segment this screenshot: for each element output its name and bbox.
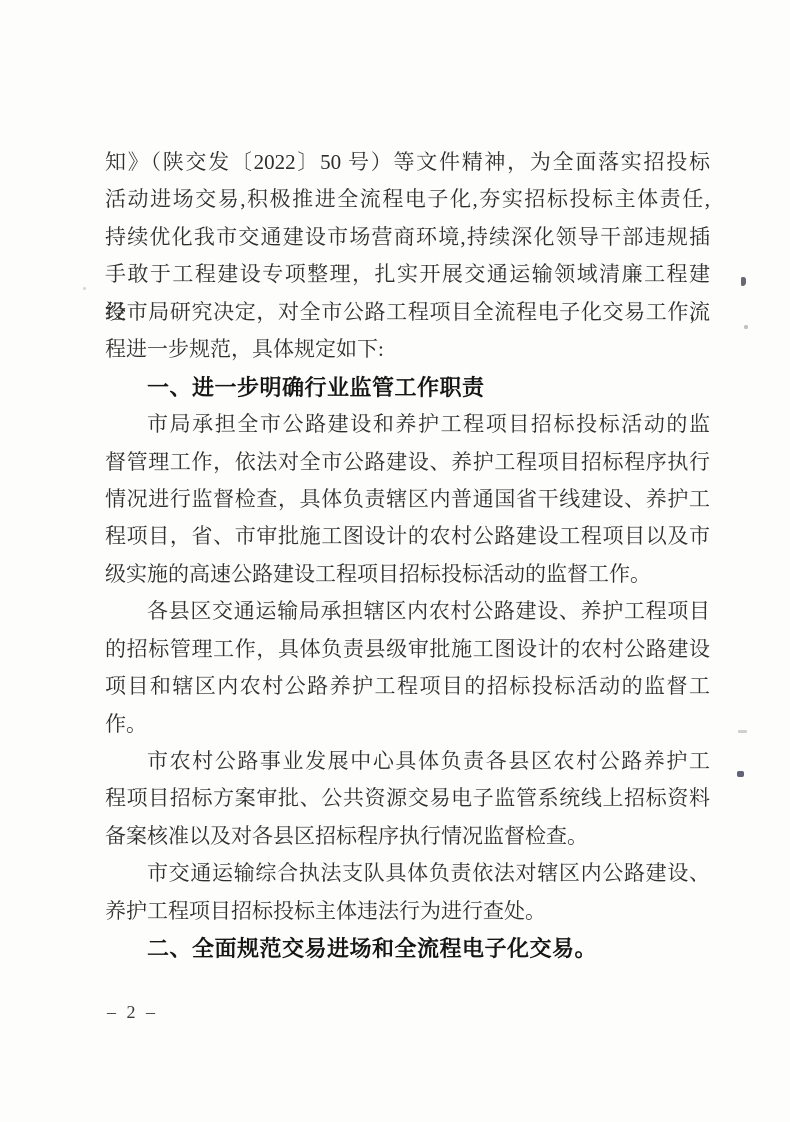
page-number: – 2 – — [107, 1002, 158, 1023]
section-heading: 一、进一步明确行业监管工作职责 — [105, 369, 710, 406]
text-line: 各县区交通运输局承担辖区内农村公路建设、养护工程项目 — [105, 593, 710, 630]
text-line: 活动进场交易,积极推进全流程电子化,夯实招标投标主体责任, — [105, 181, 710, 218]
paragraph: 各县区交通运输局承担辖区内农村公路建设、养护工程项目的招标管理工作，具体负责县级… — [105, 593, 710, 743]
text-line: 项目和辖区内农村公路养护工程项目的招标投标活动的监督工 — [105, 668, 710, 705]
text-line: 持续优化我市交通建设市场营商环境,持续深化领导干部违规插 — [105, 219, 710, 256]
text-line: 养护工程项目招标投标主体违法行为进行查处。 — [105, 893, 710, 930]
text-line: 督管理工作，依法对全市公路建设、养护工程项目招标程序执行 — [105, 444, 710, 481]
paragraph: 知》（陕交发〔2022〕50 号）等文件精神，为全面落实招投标活动进场交易,积极… — [105, 144, 710, 369]
paragraph: 市局承担全市公路建设和养护工程项目招标投标活动的监督管理工作，依法对全市公路建设… — [105, 406, 710, 593]
text-line: 知》（陕交发〔2022〕50 号）等文件精神，为全面落实招投标 — [105, 144, 710, 181]
text-line: 级实施的高速公路建设工程项目招标投标活动的监督工作。 — [105, 556, 710, 593]
text-line: 市局承担全市公路建设和养护工程项目招标投标活动的监 — [105, 406, 710, 443]
scan-speck — [737, 771, 744, 777]
section-heading: 二、全面规范交易进场和全流程电子化交易。 — [105, 930, 710, 967]
text-line: 作。 — [105, 706, 710, 743]
text-line: 程进一步规范，具体规定如下: — [105, 331, 710, 368]
scanned-page: 知》（陕交发〔2022〕50 号）等文件精神，为全面落实招投标活动进场交易,积极… — [0, 0, 790, 1122]
text-line: 程项目，省、市审批施工图设计的农村公路建设工程项目以及市 — [105, 518, 710, 555]
text-line: 市农村公路事业发展中心具体负责各县区农村公路养护工 — [105, 743, 710, 780]
text-line: 程项目招标方案审批、公共资源交易电子监管系统线上招标资料 — [105, 780, 710, 817]
paragraph: 市农村公路事业发展中心具体负责各县区农村公路养护工程项目招标方案审批、公共资源交… — [105, 743, 710, 855]
text-line: 手敢于工程建设专项整理，扎实开展交通运输领域清廉工程建设， — [105, 256, 710, 293]
scan-speck — [744, 325, 748, 329]
text-line: 市交通运输综合执法支队具体负责依法对辖区内公路建设、 — [105, 855, 710, 892]
text-line: 经市局研究决定，对全市公路工程项目全流程电子化交易工作流 — [105, 294, 710, 331]
document-text: 知》（陕交发〔2022〕50 号）等文件精神，为全面落实招投标活动进场交易,积极… — [105, 144, 710, 968]
text-line: 一、进一步明确行业监管工作职责 — [105, 369, 710, 406]
paragraph: 市交通运输综合执法支队具体负责依法对辖区内公路建设、养护工程项目招标投标主体违法… — [105, 855, 710, 930]
scan-speck — [83, 287, 86, 290]
scan-speck — [738, 730, 747, 733]
text-line: 二、全面规范交易进场和全流程电子化交易。 — [105, 930, 710, 967]
text-line: 情况进行监督检查，具体负责辖区内普通国省干线建设、养护工 — [105, 481, 710, 518]
text-line: 的招标管理工作，具体负责县级审批施工图设计的农村公路建设 — [105, 631, 710, 668]
scan-speck — [741, 277, 746, 286]
text-line: 备案核准以及对各县区招标程序执行情况监督检查。 — [105, 818, 710, 855]
